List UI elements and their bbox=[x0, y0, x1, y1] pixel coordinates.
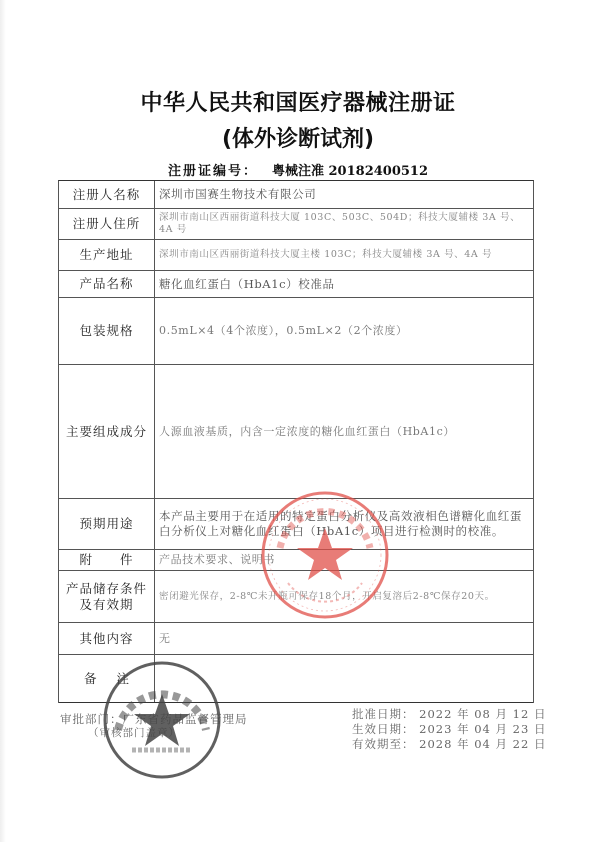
row-main-components: 主要组成成分 人源血液基质，内含一定浓度的糖化血红蛋白（HbA1c） bbox=[59, 365, 533, 499]
value-remarks bbox=[155, 655, 533, 702]
approval-department-name: 广东省药品监督管理局 bbox=[123, 712, 248, 726]
registration-number-value: 粤械注准 20182400512 bbox=[272, 164, 428, 179]
label-production-address: 生产地址 bbox=[59, 240, 155, 270]
value-registrant-name: 深圳市国赛生物技术有限公司 bbox=[155, 181, 533, 208]
label-attachments: 附 件 bbox=[59, 550, 155, 570]
row-attachments: 附 件 产品技术要求、说明书 bbox=[59, 550, 533, 571]
dates-block: 批准日期： 2022 年 08 月 12 日 生效日期： 2023 年 04 月… bbox=[352, 707, 546, 752]
value-attachments: 产品技术要求、说明书 bbox=[155, 550, 533, 570]
row-registrant-name: 注册人名称 深圳市国赛生物技术有限公司 bbox=[59, 181, 533, 209]
registration-number-label: 注册证编号： bbox=[168, 164, 258, 179]
expiry-date: 有效期至： 2028 年 04 月 22 日 bbox=[352, 737, 546, 752]
row-production-address: 生产地址 深圳市南山区西丽街道科技大厦主楼 103C；科技大厦辅楼 3A 号、4… bbox=[59, 240, 533, 271]
scan-edge-left bbox=[0, 0, 6, 842]
approval-department-note: （审核部门盖章） bbox=[60, 726, 248, 740]
approval-date: 批准日期： 2022 年 08 月 12 日 bbox=[352, 707, 546, 722]
value-package-spec: 0.5mL×4（4个浓度），0.5mL×2（2个浓度） bbox=[155, 298, 533, 364]
row-package-spec: 包装规格 0.5mL×4（4个浓度），0.5mL×2（2个浓度） bbox=[59, 298, 533, 365]
row-product-name: 产品名称 糖化血红蛋白（HbA1c）校准品 bbox=[59, 271, 533, 298]
label-main-components: 主要组成成分 bbox=[59, 365, 155, 498]
row-registrant-address: 注册人住所 深圳市南山区西丽街道科技大厦 103C、503C、504D；科技大厦… bbox=[59, 209, 533, 240]
value-production-address: 深圳市南山区西丽街道科技大厦主楼 103C；科技大厦辅楼 3A 号、4A 号 bbox=[155, 240, 533, 270]
value-product-name: 糖化血红蛋白（HbA1c）校准品 bbox=[155, 271, 533, 297]
label-remarks: 备注 bbox=[59, 655, 155, 702]
approval-department-label: 审批部门： bbox=[60, 712, 123, 726]
value-other-content: 无 bbox=[155, 623, 533, 654]
label-registrant-name: 注册人名称 bbox=[59, 181, 155, 208]
value-registrant-address: 深圳市南山区西丽街道科技大厦 103C、503C、504D；科技大厦辅楼 3A … bbox=[155, 209, 533, 239]
row-other-content: 其他内容 无 bbox=[59, 623, 533, 655]
registration-number: 注册证编号：粤械注准 20182400512 bbox=[0, 160, 596, 179]
row-intended-use: 预期用途 本产品主要用于在适用的特定蛋白分析仪及高效液相色谱糖化血红蛋白分析仪上… bbox=[59, 499, 533, 550]
document-title: 中华人民共和国医疗器械注册证 bbox=[0, 86, 596, 117]
row-storage-conditions: 产品储存条件 及有效期 密闭避光保存，2-8℃未开瓶可保存18个月，开启复溶后2… bbox=[59, 571, 533, 623]
label-other-content: 其他内容 bbox=[59, 623, 155, 654]
label-product-name: 产品名称 bbox=[59, 271, 155, 297]
label-package-spec: 包装规格 bbox=[59, 298, 155, 364]
value-storage-conditions: 密闭避光保存，2-8℃未开瓶可保存18个月，开启复溶后2-8℃保存20天。 bbox=[155, 571, 533, 622]
label-storage-line1: 产品储存条件 bbox=[66, 581, 147, 597]
label-registrant-address: 注册人住所 bbox=[59, 209, 155, 239]
value-main-components: 人源血液基质，内含一定浓度的糖化血红蛋白（HbA1c） bbox=[155, 365, 533, 498]
document-subtitle: (体外诊断试剂) bbox=[0, 122, 596, 153]
row-remarks: 备注 bbox=[59, 655, 533, 703]
certificate-table: 注册人名称 深圳市国赛生物技术有限公司 注册人住所 深圳市南山区西丽街道科技大厦… bbox=[58, 180, 534, 703]
value-intended-use: 本产品主要用于在适用的特定蛋白分析仪及高效液相色谱糖化血红蛋白分析仪上对糖化血红… bbox=[155, 499, 533, 549]
approval-department: 审批部门：广东省药品监督管理局 （审核部门盖章） bbox=[60, 712, 248, 740]
effective-date: 生效日期： 2023 年 04 月 23 日 bbox=[352, 722, 546, 737]
label-storage-conditions: 产品储存条件 及有效期 bbox=[59, 571, 155, 622]
label-storage-line2: 及有效期 bbox=[79, 597, 133, 613]
label-intended-use: 预期用途 bbox=[59, 499, 155, 549]
